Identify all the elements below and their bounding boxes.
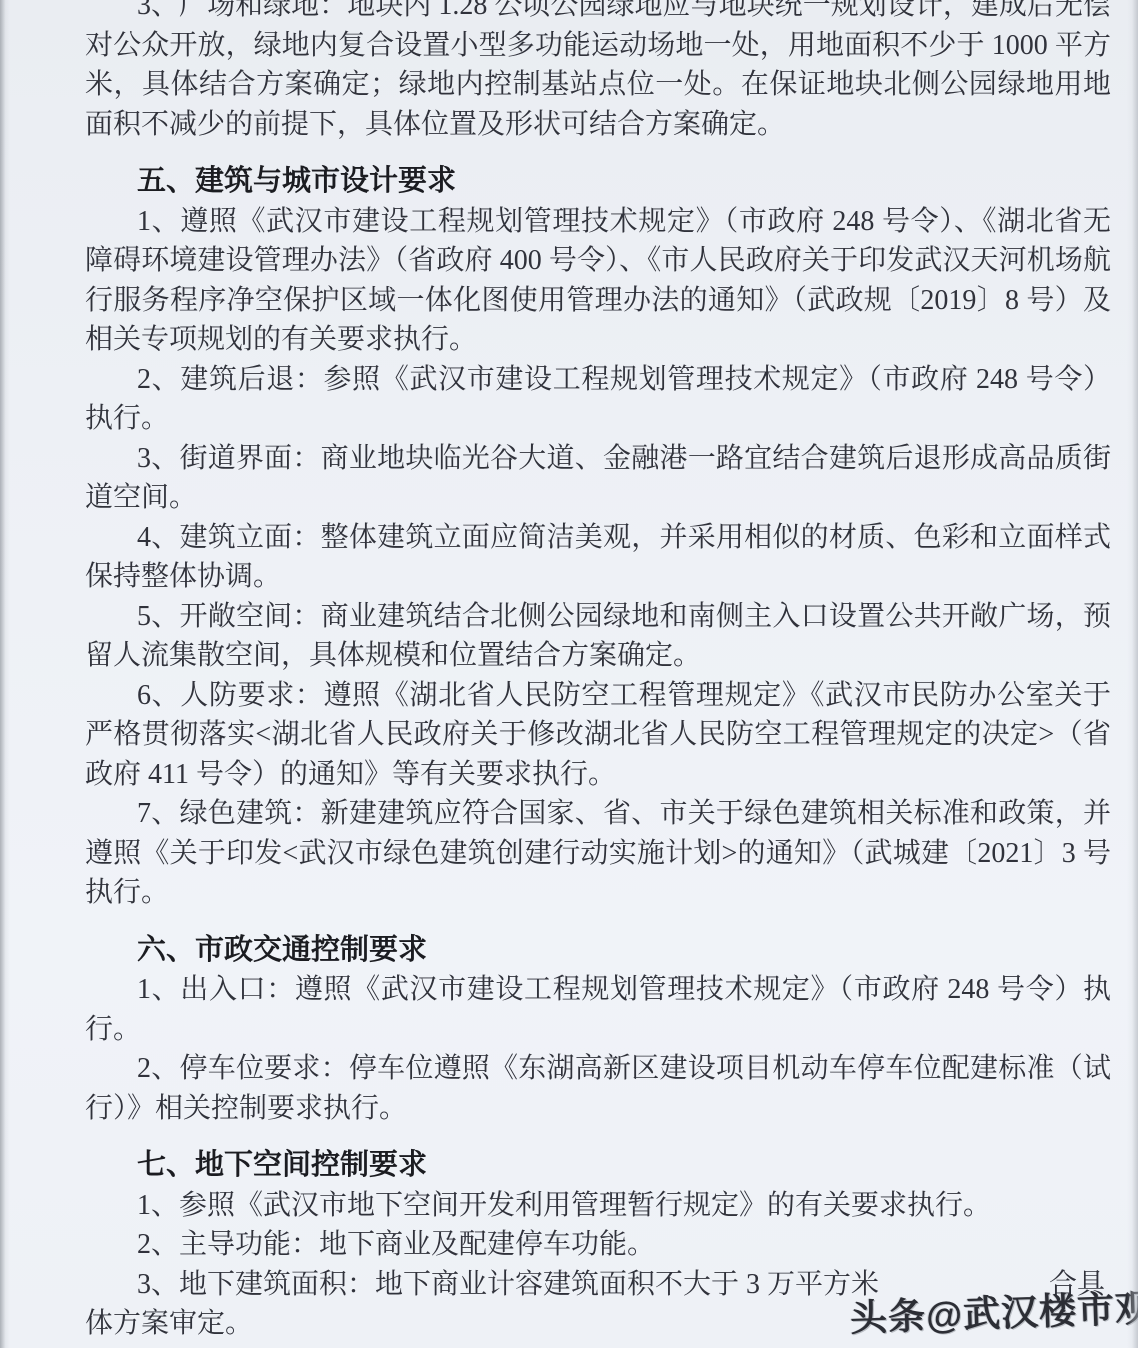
paragraph-civil-defense: 6、人防要求：遵照《湖北省人民防空工程管理规定》《武汉市民防办公室关于严格贯彻落… <box>85 676 1111 795</box>
paragraph-design-regulations: 1、遵照《武汉市建设工程规划管理技术规定》（市政府 248 号令）、《湖北省无障… <box>85 202 1111 360</box>
document-content: 3、广场和绿地：地块内 1.28 公顷公园绿地应与地块统一规划设计，建成后无偿对… <box>85 0 1111 1344</box>
paragraph-plaza-greenspace: 3、广场和绿地：地块内 1.28 公顷公园绿地应与地块统一规划设计，建成后无偿对… <box>85 0 1111 144</box>
paragraph-underground-regulations: 1、参照《武汉市地下空间开发利用管理暂行规定》的有关要求执行。 <box>85 1186 1111 1226</box>
underground-area-text-start: 3、地下建筑面积：地下商业计容建筑面积不大于 3 万平方米 <box>137 1269 879 1300</box>
paragraph-open-space: 5、开敞空间：商业建筑结合北侧公园绿地和南侧主入口设置公共开敞广场，预留人流集散… <box>85 597 1111 676</box>
paragraph-building-setback: 2、建筑后退：参照《武汉市建设工程规划管理技术规定》（市政府 248 号令）执行… <box>85 360 1111 439</box>
paragraph-parking-requirements: 2、停车位要求：停车位遵照《东湖高新区建设项目机动车停车位配建标准（试行）》相关… <box>85 1049 1111 1128</box>
watermark-toutiao: 头条@武汉楼市观察 <box>849 1276 1138 1342</box>
section-heading-underground-space: 七、地下空间控制要求 <box>85 1146 1111 1186</box>
paragraph-building-facade: 4、建筑立面：整体建筑立面应简洁美观，并采用相似的材质、色彩和立面样式保持整体协… <box>85 518 1111 597</box>
paragraph-street-interface: 3、街道界面：商业地块临光谷大道、金融港一路宜结合建筑后退形成高品质街道空间。 <box>85 439 1111 518</box>
section-heading-municipal-traffic: 六、市政交通控制要求 <box>85 931 1111 971</box>
paragraph-access-points: 1、出入口：遵照《武汉市建设工程规划管理技术规定》（市政府 248 号令）执行。 <box>85 970 1111 1049</box>
page-right-edge-shadow <box>1127 0 1138 1348</box>
paragraph-green-building: 7、绿色建筑：新建建筑应符合国家、省、市关于绿色建筑相关标准和政策，并遵照《关于… <box>85 794 1111 913</box>
page-left-edge-shadow <box>0 0 10 1348</box>
document-page: 3、广场和绿地：地块内 1.28 公顷公园绿地应与地块统一规划设计，建成后无偿对… <box>0 0 1138 1348</box>
section-heading-building-urban-design: 五、建筑与城市设计要求 <box>85 162 1111 202</box>
paragraph-underground-function: 2、主导功能：地下商业及配建停车功能。 <box>85 1225 1111 1265</box>
